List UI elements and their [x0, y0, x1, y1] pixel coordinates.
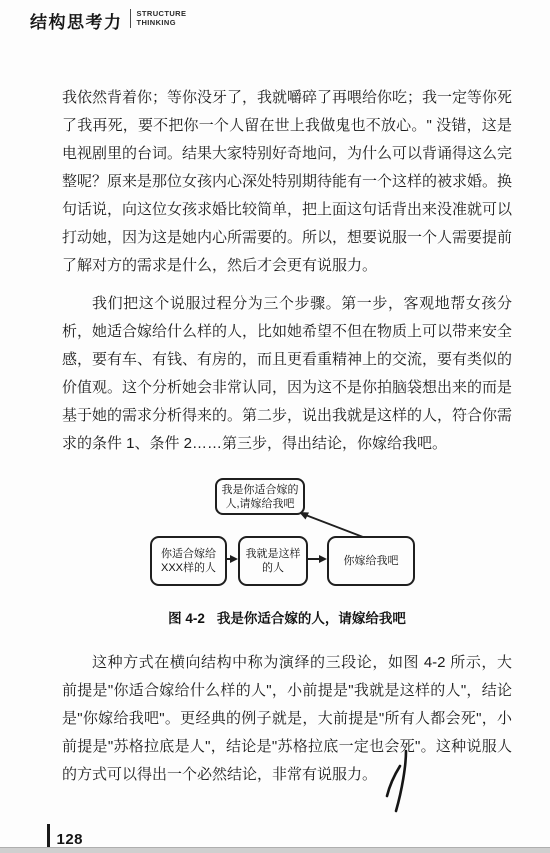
header-divider	[130, 9, 131, 28]
diagram-box-major-premise: 你适合嫁给 XXX样的人	[150, 536, 227, 586]
diagram-box-conclusion: 你嫁给我吧	[327, 536, 415, 586]
page-body: 我依然背着你；等你没牙了，我就嚼碎了再喂给你吃；我一定等你死了我再死，要不把你一…	[62, 84, 512, 789]
book-title-en-line1: STRUCTURE	[137, 9, 187, 18]
book-title-en-line2: THINKING	[137, 18, 176, 27]
diagram-box-minor-premise-line1: 我就是这样	[246, 547, 301, 561]
book-title-en: STRUCTURE THINKING	[137, 8, 187, 27]
arrow-diagonal-icon	[299, 512, 363, 537]
paragraph: 我们把这个说服过程分为三个步骤。第一步，客观地帮女孩分析，她适合嫁给什么样的人，…	[62, 290, 512, 458]
figure-caption-label: 图 4-2	[168, 611, 205, 626]
figure-caption-text: 我是你适合嫁的人，请嫁给我吧	[217, 611, 406, 626]
diagram-box-major-premise-line2: XXX样的人	[161, 561, 216, 575]
diagram-box-minor-premise-line2: 的人	[262, 561, 284, 575]
diagram-box-proposal-line1: 我是你适合嫁的	[222, 483, 299, 497]
paragraph: 我依然背着你；等你没牙了，我就嚼碎了再喂给你吃；我一定等你死了我再死，要不把你一…	[62, 84, 512, 280]
diagram-box-proposal: 我是你适合嫁的 人,请嫁给我吧	[215, 478, 305, 515]
handwritten-mark	[380, 748, 416, 816]
scan-edge	[0, 847, 550, 853]
figure-4-2: 我是你适合嫁的 人,请嫁给我吧 你适合嫁给 XXX样的人 我就是这样 的人 你嫁…	[62, 474, 512, 589]
page-header: 结构思考力 STRUCTURE THINKING	[30, 8, 186, 33]
page-number: 128	[57, 824, 84, 848]
diagram-box-minor-premise: 我就是这样 的人	[238, 536, 308, 586]
diagram-box-major-premise-line1: 你适合嫁给	[161, 547, 216, 561]
diagram-box-proposal-line2: 人,请嫁给我吧	[225, 497, 294, 511]
diagram-box-conclusion-line1: 你嫁给我吧	[344, 554, 399, 568]
book-title-cn: 结构思考力	[30, 8, 123, 33]
figure-caption: 图 4-2我是你适合嫁的人，请嫁给我吧	[62, 607, 512, 627]
paragraph: 这种方式在横向结构中称为演绎的三段论，如图 4-2 所示，大前提是"你适合嫁给什…	[62, 649, 512, 789]
